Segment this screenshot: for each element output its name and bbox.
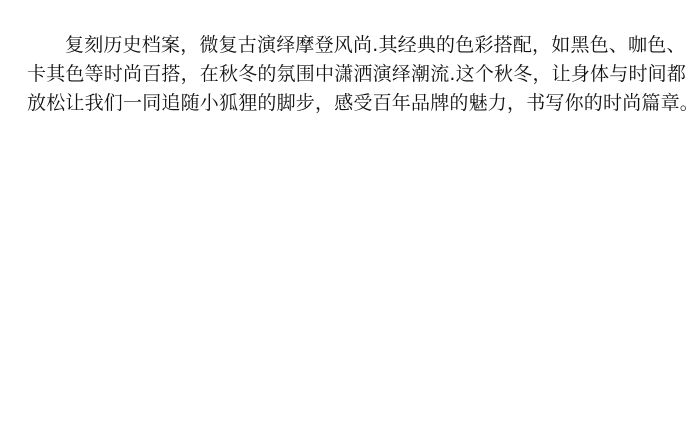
paragraph-line-3: 放松让我们一同追随小狐狸的脚步，感受百年品牌的魅力，书写你的时尚篇章。 — [27, 89, 677, 118]
paragraph-line-1: 复刻历史档案，微复古演绎摩登风尚.其经典的色彩搭配，如黑色、咖色、 — [27, 31, 677, 60]
paragraph-line-2: 卡其色等时尚百搭，在秋冬的氛围中潇洒演绎潮流.这个秋冬，让身体与时间都 — [27, 60, 677, 89]
description-paragraph: 复刻历史档案，微复古演绎摩登风尚.其经典的色彩搭配，如黑色、咖色、 卡其色等时尚… — [27, 31, 677, 118]
page: 复刻历史档案，微复古演绎摩登风尚.其经典的色彩搭配，如黑色、咖色、 卡其色等时尚… — [0, 0, 700, 428]
